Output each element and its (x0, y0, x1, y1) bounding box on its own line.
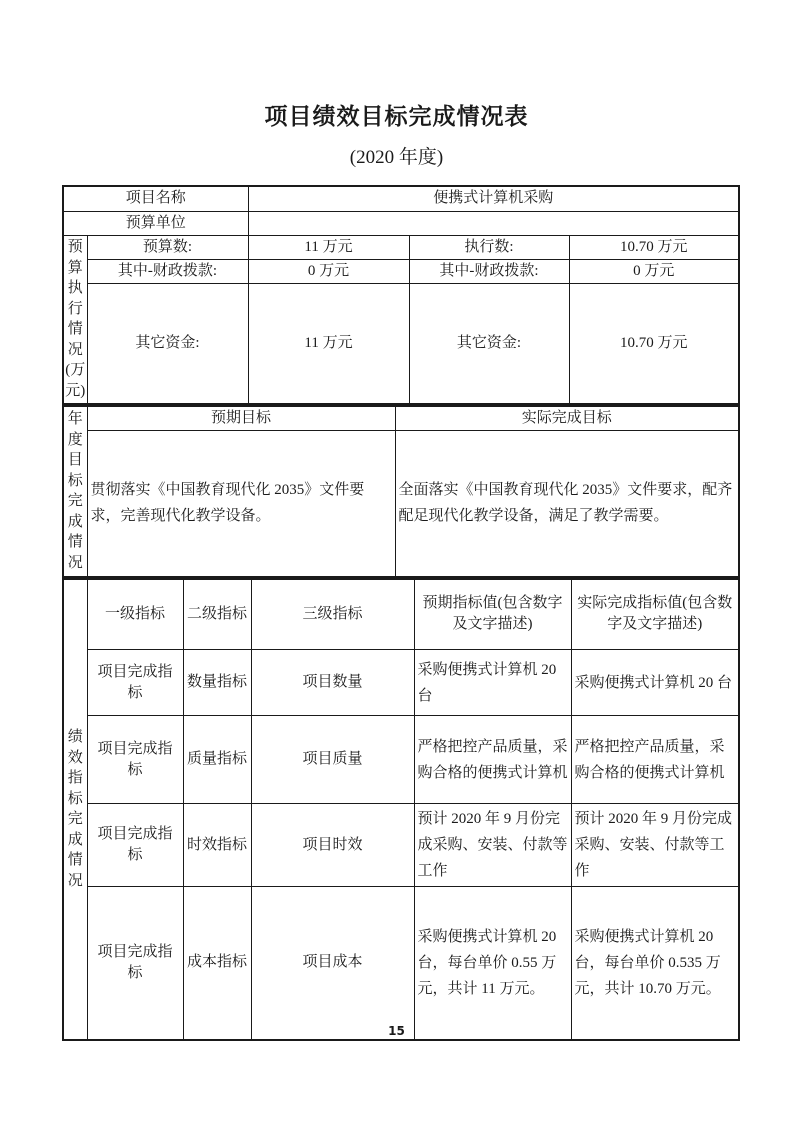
header-level2: 二级指标 (183, 579, 251, 650)
execution-number-label: 执行数: (409, 235, 569, 259)
budget-table: 项目名称 便携式计算机采购 预算单位 预 算 执 行 情 况 (万 元) 预算数… (62, 185, 740, 405)
indicator-expected: 采购便携式计算机 20 台，每台单价 0.55 万元，共计 11 万元。 (414, 887, 571, 1040)
budget-number-label: 预算数: (87, 235, 248, 259)
indicator-expected: 预计 2020 年 9 月份完成采购、安装、付款等工作 (414, 804, 571, 887)
indicator-level1: 项目完成指标 (87, 716, 183, 804)
indicator-level1: 项目完成指标 (87, 804, 183, 887)
indicator-level2: 质量指标 (183, 716, 251, 804)
document-title: 项目绩效目标完成情况表 (0, 98, 793, 131)
page-number: 15 (0, 1024, 793, 1038)
fiscal-allocation-actual-value: 0 万元 (569, 259, 739, 283)
fiscal-allocation-actual-label: 其中-财政拨款: (409, 259, 569, 283)
indicator-level1: 项目完成指标 (87, 887, 183, 1040)
indicator-actual: 采购便携式计算机 20 台，每台单价 0.535 万元，共计 10.70 万元。 (571, 887, 739, 1040)
header-actual-value: 实际完成指标值(包含数字及文字描述) (571, 579, 739, 650)
table-row: 项目完成指标 数量指标 项目数量 采购便携式计算机 20 台 采购便携式计算机 … (63, 650, 739, 716)
actual-goal-header: 实际完成目标 (395, 406, 739, 431)
fiscal-allocation-label: 其中-财政拨款: (87, 259, 248, 283)
actual-goal-text: 全面落实《中国教育现代化 2035》文件要求，配齐配足现代化教学设备，满足了教学… (395, 431, 739, 577)
project-name-value: 便携式计算机采购 (248, 186, 739, 211)
document-subtitle: (2020 年度) (0, 142, 793, 169)
report-tables: 项目名称 便携式计算机采购 预算单位 预 算 执 行 情 况 (万 元) 预算数… (62, 185, 738, 1041)
table-row: 预算单位 (63, 211, 739, 235)
indicator-actual: 采购便携式计算机 20 台 (571, 650, 739, 716)
table-row: 绩 效 指 标 完 成 情 况 一级指标 二级指标 三级指标 预期指标值(包含数… (63, 579, 739, 650)
budget-unit-value (248, 211, 739, 235)
fiscal-allocation-value: 0 万元 (248, 259, 409, 283)
other-funds-actual-value: 10.70 万元 (569, 283, 739, 404)
table-row: 其它资金: 11 万元 其它资金: 10.70 万元 (63, 283, 739, 404)
other-funds-label: 其它资金: (87, 283, 248, 404)
indicator-level2: 成本指标 (183, 887, 251, 1040)
indicator-expected: 采购便携式计算机 20 台 (414, 650, 571, 716)
indicator-level3: 项目时效 (251, 804, 414, 887)
other-funds-actual-label: 其它资金: (409, 283, 569, 404)
execution-number-value: 10.70 万元 (569, 235, 739, 259)
budget-number-value: 11 万元 (248, 235, 409, 259)
indicator-level2: 时效指标 (183, 804, 251, 887)
expected-goal-header: 预期目标 (87, 406, 395, 431)
other-funds-value: 11 万元 (248, 283, 409, 404)
indicator-level1: 项目完成指标 (87, 650, 183, 716)
header-level1: 一级指标 (87, 579, 183, 650)
indicator-actual: 严格把控产品质量，采购合格的便携式计算机 (571, 716, 739, 804)
goals-table: 年 度 目 标 完 成 情 况 预期目标 实际完成目标 贯彻落实《中国教育现代化… (62, 405, 740, 578)
table-row: 项目完成指标 质量指标 项目质量 严格把控产品质量，采购合格的便携式计算机 严格… (63, 716, 739, 804)
indicator-actual: 预计 2020 年 9 月份完成采购、安装、付款等工作 (571, 804, 739, 887)
indicator-level3: 项目成本 (251, 887, 414, 1040)
indicator-level3: 项目质量 (251, 716, 414, 804)
header-level3: 三级指标 (251, 579, 414, 650)
indicator-expected: 严格把控产品质量，采购合格的便携式计算机 (414, 716, 571, 804)
budget-section-vertical-label: 预 算 执 行 情 况 (万 元) (63, 235, 87, 404)
document-page: 项目绩效目标完成情况表 (2020 年度) 项目名称 便携式计算机采购 预算单位… (0, 0, 793, 1122)
table-row: 项目完成指标 成本指标 项目成本 采购便携式计算机 20 台，每台单价 0.55… (63, 887, 739, 1040)
header-expected-value: 预期指标值(包含数字及文字描述) (414, 579, 571, 650)
goals-section-vertical-label: 年 度 目 标 完 成 情 况 (63, 406, 87, 577)
expected-goal-text: 贯彻落实《中国教育现代化 2035》文件要求，完善现代化教学设备。 (87, 431, 395, 577)
table-row: 年 度 目 标 完 成 情 况 预期目标 实际完成目标 (63, 406, 739, 431)
table-row: 项目名称 便携式计算机采购 (63, 186, 739, 211)
budget-unit-label: 预算单位 (63, 211, 248, 235)
indicators-table: 绩 效 指 标 完 成 情 况 一级指标 二级指标 三级指标 预期指标值(包含数… (62, 578, 740, 1041)
table-row: 其中-财政拨款: 0 万元 其中-财政拨款: 0 万元 (63, 259, 739, 283)
project-name-label: 项目名称 (63, 186, 248, 211)
indicator-level3: 项目数量 (251, 650, 414, 716)
indicators-section-vertical-label: 绩 效 指 标 完 成 情 况 (63, 579, 87, 1040)
table-row: 贯彻落实《中国教育现代化 2035》文件要求，完善现代化教学设备。 全面落实《中… (63, 431, 739, 577)
indicator-level2: 数量指标 (183, 650, 251, 716)
table-row: 预 算 执 行 情 况 (万 元) 预算数: 11 万元 执行数: 10.70 … (63, 235, 739, 259)
table-row: 项目完成指标 时效指标 项目时效 预计 2020 年 9 月份完成采购、安装、付… (63, 804, 739, 887)
